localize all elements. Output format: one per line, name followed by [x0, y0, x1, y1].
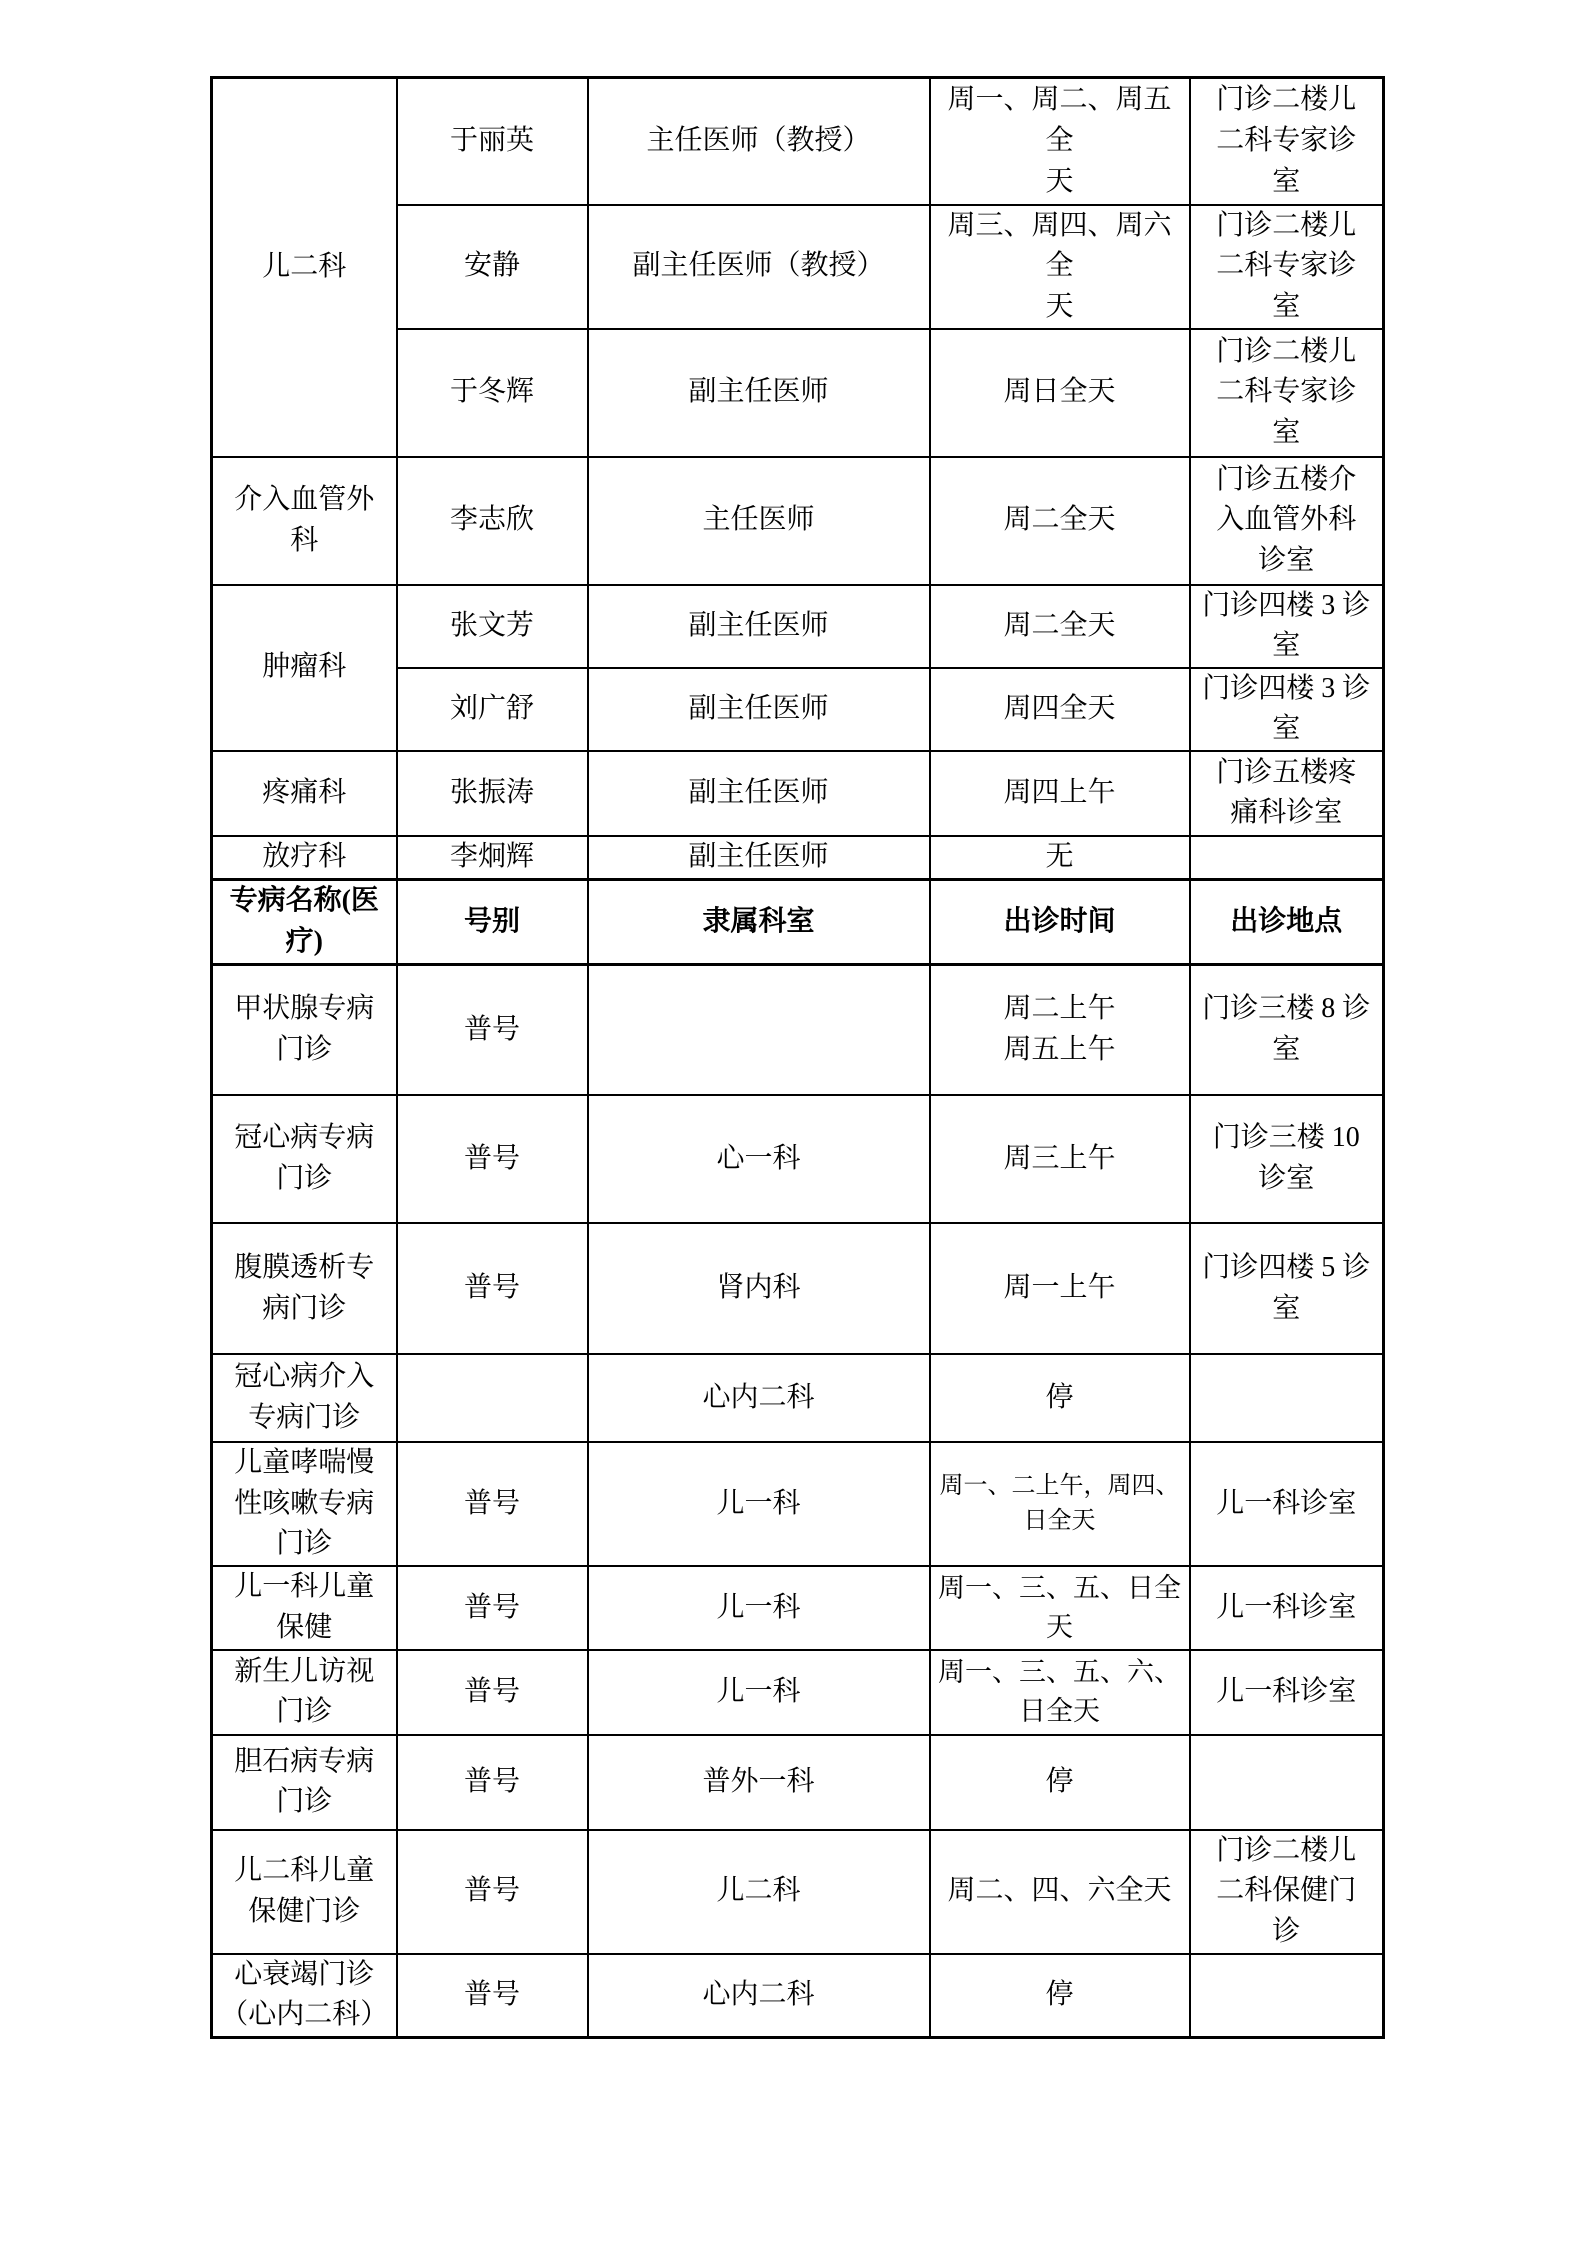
- table-cell: 胆石病专病 门诊: [212, 1735, 397, 1830]
- table-cell: 疼痛科: [212, 751, 397, 836]
- table-cell: 门诊三楼 8 诊 室: [1190, 964, 1384, 1095]
- table-cell: 肿瘤科: [212, 585, 397, 751]
- table-cell: 副主任医师: [588, 585, 930, 668]
- table-cell: [588, 964, 930, 1095]
- table-row: 放疗科李炯辉副主任医师无: [212, 836, 1384, 880]
- table-cell: 儿二科儿童 保健门诊: [212, 1830, 397, 1954]
- table-cell: [1190, 1954, 1384, 2038]
- table-cell: 周二全天: [930, 457, 1190, 585]
- table-cell: 儿二科: [212, 78, 397, 457]
- table-cell: 普号: [397, 964, 588, 1095]
- table-cell: 张振涛: [397, 751, 588, 836]
- table-cell: 心内二科: [588, 1354, 930, 1442]
- table-row: 儿童哮喘慢 性咳嗽专病 门诊普号儿一科周一、二上午，周四、 日全天儿一科诊室: [212, 1442, 1384, 1566]
- table-cell: 副主任医师: [588, 668, 930, 751]
- table-cell: 介入血管外 科: [212, 457, 397, 585]
- table-cell: 于冬辉: [397, 329, 588, 457]
- table-cell: 心内二科: [588, 1954, 930, 2038]
- table-cell: 周一、三、五、日全 天: [930, 1566, 1190, 1650]
- table-row: 冠心病介入 专病门诊心内二科停: [212, 1354, 1384, 1442]
- table-cell: 新生儿访视 门诊: [212, 1650, 397, 1735]
- table-cell: 儿一科诊室: [1190, 1566, 1384, 1650]
- table-cell: 门诊五楼介 入血管外科 诊室: [1190, 457, 1384, 585]
- table-row: 心衰竭门诊 （心内二科）普号心内二科停: [212, 1954, 1384, 2038]
- table-cell: [1190, 836, 1384, 880]
- table-cell: 周四全天: [930, 668, 1190, 751]
- table-cell: 儿一科诊室: [1190, 1650, 1384, 1735]
- table-cell: 周日全天: [930, 329, 1190, 457]
- table-cell: 冠心病介入 专病门诊: [212, 1354, 397, 1442]
- table-cell: 李炯辉: [397, 836, 588, 880]
- table-cell: 儿一科: [588, 1650, 930, 1735]
- column-header-cell: 出诊时间: [930, 880, 1190, 964]
- table-row: 腹膜透析专 病门诊普号肾内科周一上午门诊四楼 5 诊 室: [212, 1223, 1384, 1354]
- table-cell: 冠心病专病 门诊: [212, 1095, 397, 1223]
- table-cell: 儿一科: [588, 1442, 930, 1566]
- table-cell: 儿二科: [588, 1830, 930, 1954]
- table-cell: 普号: [397, 1650, 588, 1735]
- column-header-cell: 号别: [397, 880, 588, 964]
- table-cell: 甲状腺专病 门诊: [212, 964, 397, 1095]
- table-cell: 刘广舒: [397, 668, 588, 751]
- table-cell: 副主任医师（教授）: [588, 205, 930, 329]
- table-cell: 门诊二楼儿 二科保健门 诊: [1190, 1830, 1384, 1954]
- table-cell: 副主任医师: [588, 751, 930, 836]
- table-cell: 门诊四楼 5 诊 室: [1190, 1223, 1384, 1354]
- table-cell: 于丽英: [397, 78, 588, 205]
- table-cell: 安静: [397, 205, 588, 329]
- table-row: 新生儿访视 门诊普号儿一科周一、三、五、六、 日全天儿一科诊室: [212, 1650, 1384, 1735]
- table-cell: 儿童哮喘慢 性咳嗽专病 门诊: [212, 1442, 397, 1566]
- table-cell: [1190, 1354, 1384, 1442]
- table-row: 甲状腺专病 门诊普号周二上午 周五上午门诊三楼 8 诊 室: [212, 964, 1384, 1095]
- table-cell: 无: [930, 836, 1190, 880]
- table-cell: 周二全天: [930, 585, 1190, 668]
- table-cell: 门诊四楼 3 诊 室: [1190, 668, 1384, 751]
- table-cell: 儿一科儿童 保健: [212, 1566, 397, 1650]
- table-cell: 普号: [397, 1830, 588, 1954]
- table-cell: 放疗科: [212, 836, 397, 880]
- table-cell: 心一科: [588, 1095, 930, 1223]
- table-cell: 普号: [397, 1566, 588, 1650]
- document-page: 儿二科于丽英主任医师（教授）周一、周二、周五全 天门诊二楼儿 二科专家诊 室安静…: [0, 0, 1587, 2245]
- table-cell: [397, 1354, 588, 1442]
- table-cell: 门诊四楼 3 诊 室: [1190, 585, 1384, 668]
- table-cell: 儿一科诊室: [1190, 1442, 1384, 1566]
- table-cell: 普号: [397, 1223, 588, 1354]
- table-cell: 门诊五楼疼 痛科诊室: [1190, 751, 1384, 836]
- column-header-cell: 专病名称(医 疗): [212, 880, 397, 964]
- table-cell: 周三、周四、周六全 天: [930, 205, 1190, 329]
- table-cell: 心衰竭门诊 （心内二科）: [212, 1954, 397, 2038]
- table-cell: 肾内科: [588, 1223, 930, 1354]
- table-cell: 周一、三、五、六、 日全天: [930, 1650, 1190, 1735]
- outpatient-schedule-table: 儿二科于丽英主任医师（教授）周一、周二、周五全 天门诊二楼儿 二科专家诊 室安静…: [210, 76, 1385, 2039]
- column-header-cell: 出诊地点: [1190, 880, 1384, 964]
- table-cell: 普号: [397, 1095, 588, 1223]
- table-cell: 停: [930, 1354, 1190, 1442]
- table-cell: 周一、周二、周五全 天: [930, 78, 1190, 205]
- table-cell: 周二上午 周五上午: [930, 964, 1190, 1095]
- table-cell: 停: [930, 1954, 1190, 2038]
- table-cell: 周四上午: [930, 751, 1190, 836]
- table-row: 疼痛科张振涛副主任医师周四上午门诊五楼疼 痛科诊室: [212, 751, 1384, 836]
- table-cell: 普号: [397, 1735, 588, 1830]
- table-row: 儿二科儿童 保健门诊普号儿二科周二、四、六全天门诊二楼儿 二科保健门 诊: [212, 1830, 1384, 1954]
- table-cell: 普号: [397, 1954, 588, 2038]
- table-cell: 门诊二楼儿 二科专家诊 室: [1190, 78, 1384, 205]
- table-cell: 周三上午: [930, 1095, 1190, 1223]
- column-header-cell: 隶属科室: [588, 880, 930, 964]
- table-cell: 周一、二上午，周四、 日全天: [930, 1442, 1190, 1566]
- table-header-row: 专病名称(医 疗)号别隶属科室出诊时间出诊地点: [212, 880, 1384, 964]
- table-cell: 李志欣: [397, 457, 588, 585]
- table-cell: 门诊三楼 10 诊室: [1190, 1095, 1384, 1223]
- table-cell: 普外一科: [588, 1735, 930, 1830]
- table-cell: 门诊二楼儿 二科专家诊 室: [1190, 329, 1384, 457]
- table-row: 儿一科儿童 保健普号儿一科周一、三、五、日全 天儿一科诊室: [212, 1566, 1384, 1650]
- table-cell: 普号: [397, 1442, 588, 1566]
- table-row: 胆石病专病 门诊普号普外一科停: [212, 1735, 1384, 1830]
- table-cell: 主任医师: [588, 457, 930, 585]
- table-row: 儿二科于丽英主任医师（教授）周一、周二、周五全 天门诊二楼儿 二科专家诊 室: [212, 78, 1384, 205]
- table-cell: 张文芳: [397, 585, 588, 668]
- table-cell: 门诊二楼儿 二科专家诊 室: [1190, 205, 1384, 329]
- table-cell: 周二、四、六全天: [930, 1830, 1190, 1954]
- table-cell: 儿一科: [588, 1566, 930, 1650]
- table-cell: 停: [930, 1735, 1190, 1830]
- table-row: 介入血管外 科李志欣主任医师周二全天门诊五楼介 入血管外科 诊室: [212, 457, 1384, 585]
- table-cell: [1190, 1735, 1384, 1830]
- table-cell: 主任医师（教授）: [588, 78, 930, 205]
- table-row: 肿瘤科张文芳副主任医师周二全天门诊四楼 3 诊 室: [212, 585, 1384, 668]
- table-cell: 周一上午: [930, 1223, 1190, 1354]
- table-cell: 副主任医师: [588, 836, 930, 880]
- table-cell: 腹膜透析专 病门诊: [212, 1223, 397, 1354]
- table-row: 冠心病专病 门诊普号心一科周三上午门诊三楼 10 诊室: [212, 1095, 1384, 1223]
- table-cell: 副主任医师: [588, 329, 930, 457]
